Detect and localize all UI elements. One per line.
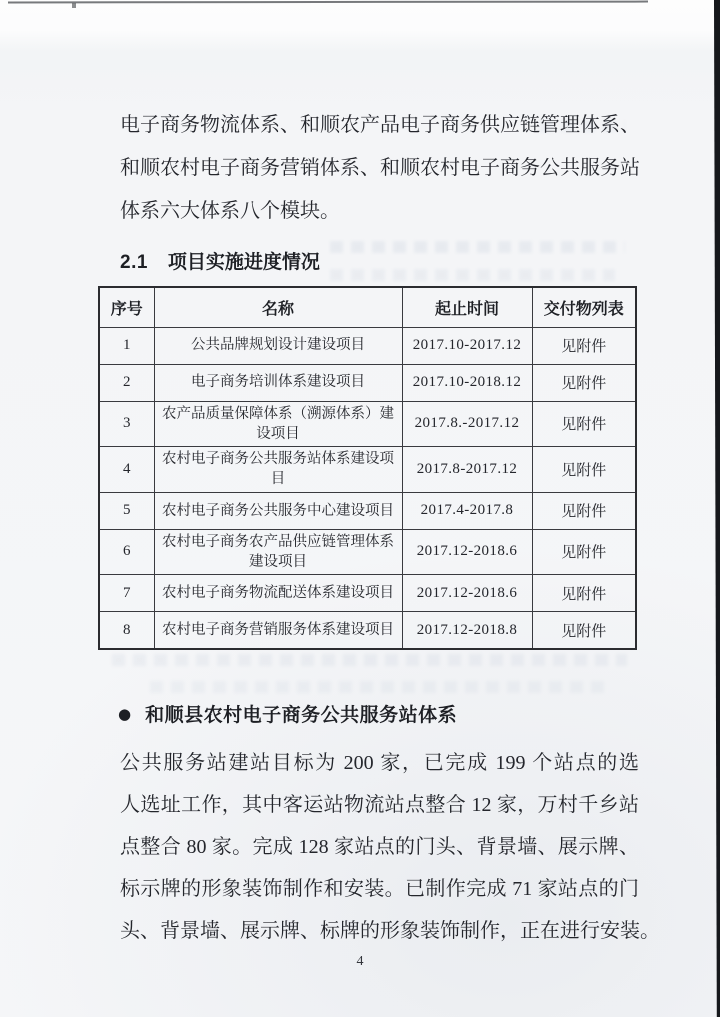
cell-name: 农村电子商务公共服务中心建设项目	[154, 492, 402, 529]
cell-name: 公共品牌规划设计建设项目	[154, 327, 402, 364]
table-row: 4 农村电子商务公共服务站体系建设项目 2017.8-2017.12 见附件	[99, 447, 636, 493]
cell-no: 1	[99, 327, 154, 364]
col-header-no: 序号	[99, 287, 154, 327]
text-line: 人选址工作，其中客运站物流站点整合 12 家，万村千乡站	[120, 784, 639, 826]
cell-deliverable: 见附件	[532, 364, 636, 401]
cell-no: 5	[99, 492, 154, 529]
cell-time: 2017.10-2018.12	[402, 364, 532, 401]
text-line: 标示牌的形象装饰制作和安装。已制作完成 71 家站点的门	[120, 868, 639, 910]
table-header-row: 序号 名称 起止时间 交付物列表	[99, 287, 636, 327]
cell-name: 农村电子商务农产品供应链管理体系建设项目	[154, 529, 402, 575]
scan-artifact	[72, 3, 76, 8]
cell-deliverable: 见附件	[532, 612, 636, 649]
cell-name: 农村电子商务营销服务体系建设项目	[154, 612, 402, 649]
text-line: 公共服务站建站目标为 200 家，已完成 199 个站点的选	[120, 742, 639, 784]
cell-name: 农村电子商务公共服务站体系建设项目	[154, 447, 402, 493]
cell-time: 2017.12-2018.8	[402, 612, 532, 649]
bleed-through-artifact	[150, 681, 605, 693]
bullet-icon: ●	[118, 705, 131, 723]
cell-deliverable: 见附件	[532, 401, 636, 447]
table-row: 7 农村电子商务物流配送体系建设项目 2017.12-2018.6 见附件	[99, 575, 636, 612]
text-line: 电子商务物流体系、和顺农产品电子商务供应链管理体系、	[120, 104, 639, 147]
cell-no: 2	[99, 364, 154, 401]
bullet-section-heading: ● 和顺县农村电子商务公共服务站体系	[118, 700, 457, 727]
cell-time: 2017.12-2018.6	[402, 575, 532, 612]
cell-name: 电子商务培训体系建设项目	[154, 364, 402, 401]
table-row: 6 农村电子商务农产品供应链管理体系建设项目 2017.12-2018.6 见附…	[99, 529, 636, 575]
page-number: 4	[0, 954, 720, 970]
bleed-through-artifact	[330, 269, 615, 281]
cell-deliverable: 见附件	[532, 492, 636, 529]
cell-time: 2017.12-2018.6	[402, 529, 532, 575]
section-heading: 2.1项目实施进度情况	[120, 247, 320, 274]
cell-deliverable: 见附件	[532, 575, 636, 612]
bullet-section-title: 和顺县农村电子商务公共服务站体系	[145, 700, 457, 727]
cell-no: 8	[99, 612, 154, 649]
cell-name: 农村电子商务物流配送体系建设项目	[154, 575, 402, 612]
table-row: 3 农产品质量保障体系（溯源体系）建设项目 2017.8.-2017.12 见附…	[99, 401, 636, 447]
cell-no: 3	[99, 401, 154, 447]
section-number: 2.1	[120, 252, 148, 273]
table-row: 2 电子商务培训体系建设项目 2017.10-2018.12 见附件	[99, 364, 636, 401]
table-row: 1 公共品牌规划设计建设项目 2017.10-2017.12 见附件	[99, 327, 636, 364]
table-row: 5 农村电子商务公共服务中心建设项目 2017.4-2017.8 见附件	[99, 492, 636, 529]
section-title: 项目实施进度情况	[168, 252, 320, 273]
cell-time: 2017.8-2017.12	[402, 447, 532, 493]
text-line: 和顺农村电子商务营销体系、和顺农村电子商务公共服务站	[120, 147, 639, 190]
intro-paragraph: 电子商务物流体系、和顺农产品电子商务供应链管理体系、 和顺农村电子商务营销体系、…	[120, 104, 639, 233]
cell-time: 2017.4-2017.8	[402, 492, 532, 529]
col-header-name: 名称	[154, 287, 402, 327]
cell-deliverable: 见附件	[532, 327, 636, 364]
col-header-time: 起止时间	[402, 287, 532, 327]
cell-deliverable: 见附件	[532, 447, 636, 493]
cell-no: 4	[99, 447, 154, 493]
text-line: 点整合 80 家。完成 128 家站点的门头、背景墙、展示牌、	[120, 826, 639, 868]
bleed-through-artifact	[330, 241, 625, 253]
progress-table: 序号 名称 起止时间 交付物列表 1 公共品牌规划设计建设项目 2017.10-…	[98, 286, 637, 650]
cell-time: 2017.10-2017.12	[402, 327, 532, 364]
cell-no: 7	[99, 575, 154, 612]
cell-name: 农产品质量保障体系（溯源体系）建设项目	[154, 401, 402, 447]
text-line: 头、背景墙、展示牌、标牌的形象装饰制作，正在进行安装。	[120, 910, 639, 952]
cell-no: 6	[99, 529, 154, 575]
bleed-through-artifact	[112, 654, 627, 666]
col-header-deliverable: 交付物列表	[532, 287, 636, 327]
cell-deliverable: 见附件	[532, 529, 636, 575]
body-paragraph: 公共服务站建站目标为 200 家，已完成 199 个站点的选 人选址工作，其中客…	[120, 742, 639, 952]
table-row: 8 农村电子商务营销服务体系建设项目 2017.12-2018.8 见附件	[99, 612, 636, 649]
text-line: 体系六大体系八个模块。	[120, 190, 639, 233]
cell-time: 2017.8.-2017.12	[402, 401, 532, 447]
